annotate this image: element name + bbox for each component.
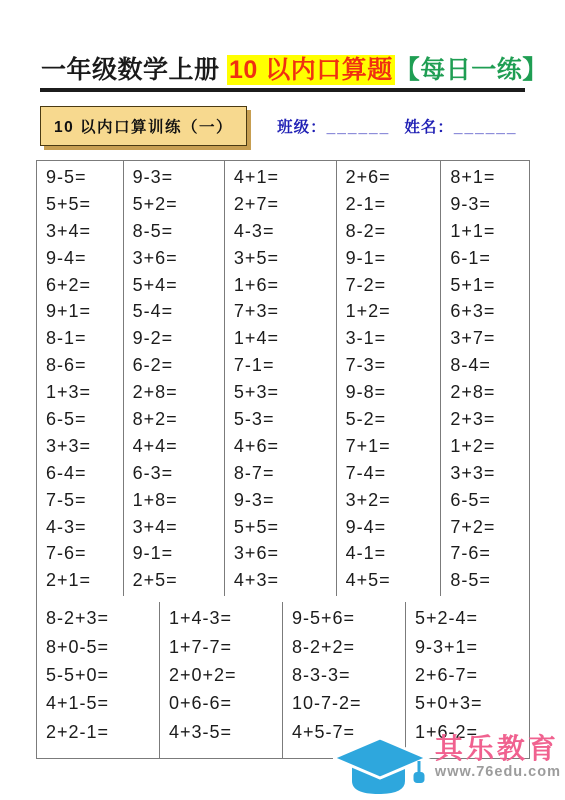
problem-cell: 4+3= <box>225 567 336 594</box>
problem-cell: 4+4= <box>124 433 224 460</box>
problem-cell: 3+5= <box>225 245 336 272</box>
problem-cell: 3+7= <box>441 325 529 352</box>
problem-cell: 6-1= <box>441 245 529 272</box>
problem-cell: 1+1= <box>441 218 529 245</box>
problem-cell: 8-5= <box>124 218 224 245</box>
problem-cell: 2-1= <box>337 191 441 218</box>
problem-cell: 2+2-1= <box>37 718 159 746</box>
problem-cell: 9-3= <box>124 164 224 191</box>
problem-cell: 9-3= <box>225 487 336 514</box>
problem-cell: 8+0-5= <box>37 633 159 661</box>
name-blank: ______ <box>454 119 518 136</box>
problem-cell: 1+6= <box>225 272 336 299</box>
problem-cell: 4+1-5= <box>37 689 159 717</box>
problem-cell: 4+1= <box>225 164 336 191</box>
problem-cell: 0+6-6= <box>160 689 282 717</box>
problem-column: 8+1=9-3=1+1=6-1=5+1=6+3=3+7=8-4=2+8=2+3=… <box>441 161 529 596</box>
problem-cell: 9-4= <box>337 514 441 541</box>
problem-column: 1+4-3=1+7-7=2+0+2=0+6-6=4+3-5= <box>160 602 283 758</box>
problem-cell: 5-5+0= <box>37 661 159 689</box>
problem-cell: 1+4-3= <box>160 604 282 632</box>
problem-cell: 8-7= <box>225 460 336 487</box>
brand-name: 其乐教育 <box>435 734 561 764</box>
problem-cell: 2+8= <box>124 379 224 406</box>
problem-cell: 3+4= <box>37 218 123 245</box>
problem-cell: 9-2= <box>124 325 224 352</box>
problem-cell: 3+6= <box>124 245 224 272</box>
problem-cell: 4-1= <box>337 540 441 567</box>
problem-cell: 5+5= <box>37 191 123 218</box>
brand-text-block: 其乐教育 www.76edu.com <box>435 734 561 780</box>
title-prefix: 一年级数学上册 <box>41 56 227 84</box>
problem-cell: 5-3= <box>225 406 336 433</box>
problem-column: 2+6=2-1=8-2=9-1=7-2=1+2=3-1=7-3=9-8=5-2=… <box>337 161 442 596</box>
problem-cell: 7-4= <box>337 460 441 487</box>
problem-cell: 9+1= <box>37 298 123 325</box>
problem-cell: 2+6-7= <box>406 661 529 689</box>
problem-cell: 5+2-4= <box>406 604 529 632</box>
problem-cell: 3-1= <box>337 325 441 352</box>
page-title: 一年级数学上册 10 以内口算题【每日一练】 <box>41 50 548 86</box>
brand-website: www.76edu.com <box>435 764 561 780</box>
problem-cell: 7-5= <box>37 487 123 514</box>
name-label: 姓名： <box>404 119 454 136</box>
problem-column: 4+1=2+7=4-3=3+5=1+6=7+3=1+4=7-1=5+3=5-3=… <box>225 161 337 596</box>
problem-cell: 8-4= <box>441 352 529 379</box>
problem-cell: 1+3= <box>37 379 123 406</box>
problem-cell: 6-2= <box>124 352 224 379</box>
problem-cell: 7-6= <box>441 540 529 567</box>
problem-cell: 5-4= <box>124 298 224 325</box>
problem-cell: 9-3= <box>441 191 529 218</box>
problem-cell: 1+7-7= <box>160 633 282 661</box>
problem-cell: 9-5= <box>37 164 123 191</box>
problem-column: 9-3=5+2=8-5=3+6=5+4=5-4=9-2=6-2=2+8=8+2=… <box>124 161 225 596</box>
problem-cell: 1+2= <box>441 433 529 460</box>
problem-cell: 5+4= <box>124 272 224 299</box>
title-suffix: 【每日一练】 <box>395 56 548 84</box>
problem-column: 9-5=5+5=3+4=9-4=6+2=9+1=8-1=8-6=1+3=6-5=… <box>37 161 124 596</box>
worksheet-set-badge: 10 以内口算训练（一） <box>40 106 247 146</box>
title-divider <box>40 88 525 92</box>
problem-cell: 6+2= <box>37 272 123 299</box>
graduation-cap-icon <box>333 736 433 796</box>
brand-footer: 其乐教育 www.76edu.com <box>333 734 561 796</box>
problem-cell: 8+2= <box>124 406 224 433</box>
problem-cell: 7-3= <box>337 352 441 379</box>
problem-cell: 8-2= <box>337 218 441 245</box>
problem-cell: 6-3= <box>124 460 224 487</box>
problem-cell: 2+3= <box>441 406 529 433</box>
problem-cell: 2+6= <box>337 164 441 191</box>
problem-cell: 9-3+1= <box>406 633 529 661</box>
problem-cell: 5+1= <box>441 272 529 299</box>
problem-cell: 4+5= <box>337 567 441 594</box>
problem-cell: 7+2= <box>441 514 529 541</box>
problem-cell: 9-1= <box>124 540 224 567</box>
problem-cell: 4+3-5= <box>160 718 282 746</box>
problem-cell: 3+2= <box>337 487 441 514</box>
problem-cell: 2+8= <box>441 379 529 406</box>
problem-cell: 6-5= <box>37 406 123 433</box>
class-label: 班级： <box>277 119 327 136</box>
problem-cell: 5+5= <box>225 514 336 541</box>
problem-cell: 1+4= <box>225 325 336 352</box>
problem-cell: 4+6= <box>225 433 336 460</box>
problem-cell: 3+4= <box>124 514 224 541</box>
problem-cell: 8-5= <box>441 567 529 594</box>
problem-cell: 7-2= <box>337 272 441 299</box>
problem-cell: 3+3= <box>441 460 529 487</box>
problem-cell: 8-2+2= <box>283 633 405 661</box>
problem-cell: 7+1= <box>337 433 441 460</box>
problem-cell: 1+8= <box>124 487 224 514</box>
problem-cell: 4-3= <box>37 514 123 541</box>
problem-cell: 8+1= <box>441 164 529 191</box>
problem-cell: 8-1= <box>37 325 123 352</box>
worksheet-page: 一年级数学上册 10 以内口算题【每日一练】 10 以内口算训练（一） 班级：_… <box>0 0 565 800</box>
problem-cell: 5+2= <box>124 191 224 218</box>
problem-cell: 8-6= <box>37 352 123 379</box>
problem-cell: 2+5= <box>124 567 224 594</box>
problem-cell: 9-4= <box>37 245 123 272</box>
problem-cell: 7-1= <box>225 352 336 379</box>
problem-cell: 6+3= <box>441 298 529 325</box>
subheader: 10 以内口算训练（一） 班级：______姓名：______ <box>40 106 533 146</box>
problem-cell: 6-5= <box>441 487 529 514</box>
class-blank: ______ <box>327 119 391 136</box>
problem-cell: 3+6= <box>225 540 336 567</box>
problem-cell: 8-3-3= <box>283 661 405 689</box>
problem-cell: 10-7-2= <box>283 689 405 717</box>
problem-cell: 7+3= <box>225 298 336 325</box>
problem-cell: 2+7= <box>225 191 336 218</box>
problem-cell: 2+0+2= <box>160 661 282 689</box>
problem-cell: 5-2= <box>337 406 441 433</box>
problem-cell: 8-2+3= <box>37 604 159 632</box>
student-fields: 班级：______姓名：______ <box>277 115 532 137</box>
problem-cell: 1+2= <box>337 298 441 325</box>
problem-cell: 2+1= <box>37 567 123 594</box>
two-term-problems-section: 9-5=5+5=3+4=9-4=6+2=9+1=8-1=8-6=1+3=6-5=… <box>37 161 529 596</box>
title-highlight: 10 以内口算题 <box>227 55 395 85</box>
problem-cell: 9-1= <box>337 245 441 272</box>
problem-column: 8-2+3=8+0-5=5-5+0=4+1-5=2+2-1= <box>37 602 160 758</box>
problems-table: 9-5=5+5=3+4=9-4=6+2=9+1=8-1=8-6=1+3=6-5=… <box>36 160 530 759</box>
problem-cell: 5+0+3= <box>406 689 529 717</box>
problem-cell: 5+3= <box>225 379 336 406</box>
problem-cell: 6-4= <box>37 460 123 487</box>
problem-cell: 9-5+6= <box>283 604 405 632</box>
problem-cell: 7-6= <box>37 540 123 567</box>
problem-cell: 9-8= <box>337 379 441 406</box>
problem-cell: 3+3= <box>37 433 123 460</box>
problem-cell: 4-3= <box>225 218 336 245</box>
